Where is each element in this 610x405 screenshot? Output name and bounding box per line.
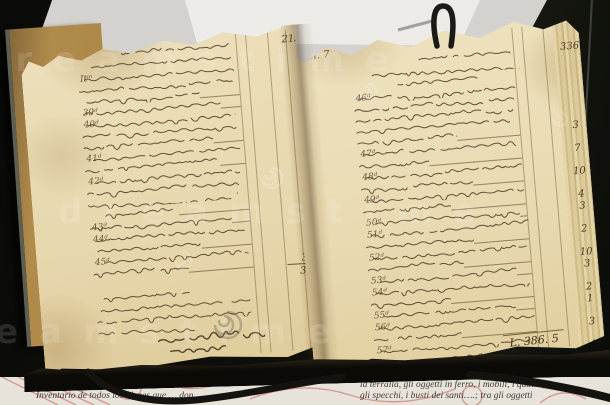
amount-value: 3 <box>583 315 602 327</box>
amount-value: 3 <box>566 119 585 131</box>
entry-number-label: 43ᵈ <box>92 222 108 233</box>
entry-number-label: 46ᵈ <box>355 93 371 104</box>
amount-value: 7 <box>568 142 587 154</box>
amount-value: 10 <box>596 221 610 233</box>
entry-number-label: 49ᵈ <box>364 195 380 206</box>
amount-value: 3 <box>578 258 597 270</box>
amount-value: 3 <box>573 200 592 212</box>
stock-photo-old-manuscript: 21310Itᵐ11039ᵈ161040ᵈ88641ᵈ72642ᵈ343ᵈ110… <box>0 0 610 405</box>
entry-number-label: 47ᵈ <box>360 149 376 160</box>
left-page-entries: 21310Itᵐ11039ᵈ161040ᵈ88641ᵈ72642ᵈ343ᵈ110… <box>42 38 260 366</box>
entry-number-label: 57ᵈ <box>376 345 392 356</box>
right-page-entries: 33646ᵈ347ᵈ71048ᵈ1049ᵈ450ᵈ351ᵈ21052ᵈ1053ᵈ… <box>314 46 538 373</box>
caption-right-line2: gli specchi, i busti dei santi….; tra gl… <box>360 391 545 402</box>
entry-number-label: 50ᵈ <box>366 218 382 229</box>
amount-value: 2 <box>575 223 594 235</box>
entry-number-label: 48ᵈ <box>362 172 378 183</box>
left-page: 21310Itᵐ11039ᵈ161040ᵈ88641ᵈ72642ᵈ343ᵈ110… <box>19 23 321 376</box>
entry-number-label: 56ᵈ <box>374 322 390 333</box>
amount-value: 1 <box>581 293 600 305</box>
amount-value: 3 <box>601 279 610 291</box>
amount-value: 1 <box>585 338 604 350</box>
entry-number-label: Itᵐ <box>80 74 93 85</box>
entry-number-label: 53ᵈ <box>371 275 387 286</box>
amount-value: 10 <box>589 140 608 152</box>
caption-right: la terralla, gli oggetti in ferro, i mob… <box>360 380 545 402</box>
entry-number-label: 45ᵈ <box>94 257 110 268</box>
entry-number-label: 51ᵈ <box>367 229 383 240</box>
amount-value: 2 <box>580 281 599 293</box>
entry-number-label: 52ᵈ <box>369 252 385 263</box>
amount-value: 10 <box>570 165 589 177</box>
amount-value: 4 <box>572 188 591 200</box>
entry-number-label: 54ᵈ <box>372 287 388 298</box>
entry-number-label: 55ᵈ <box>373 310 389 321</box>
amount-value: 336 <box>560 40 579 52</box>
entry-number-label: 41ᵈ <box>86 153 102 164</box>
caption-left-line2: Inventario de todos los bienes que … don <box>36 391 194 402</box>
entry-number-label: 40ᵈ <box>83 119 99 130</box>
entry-number-label: 42ᵈ <box>88 176 104 187</box>
amount-value: 10 <box>577 246 596 258</box>
entry-number-label: 44ᵈ <box>93 234 109 245</box>
entry-number-label: 39ᵈ <box>82 108 98 119</box>
